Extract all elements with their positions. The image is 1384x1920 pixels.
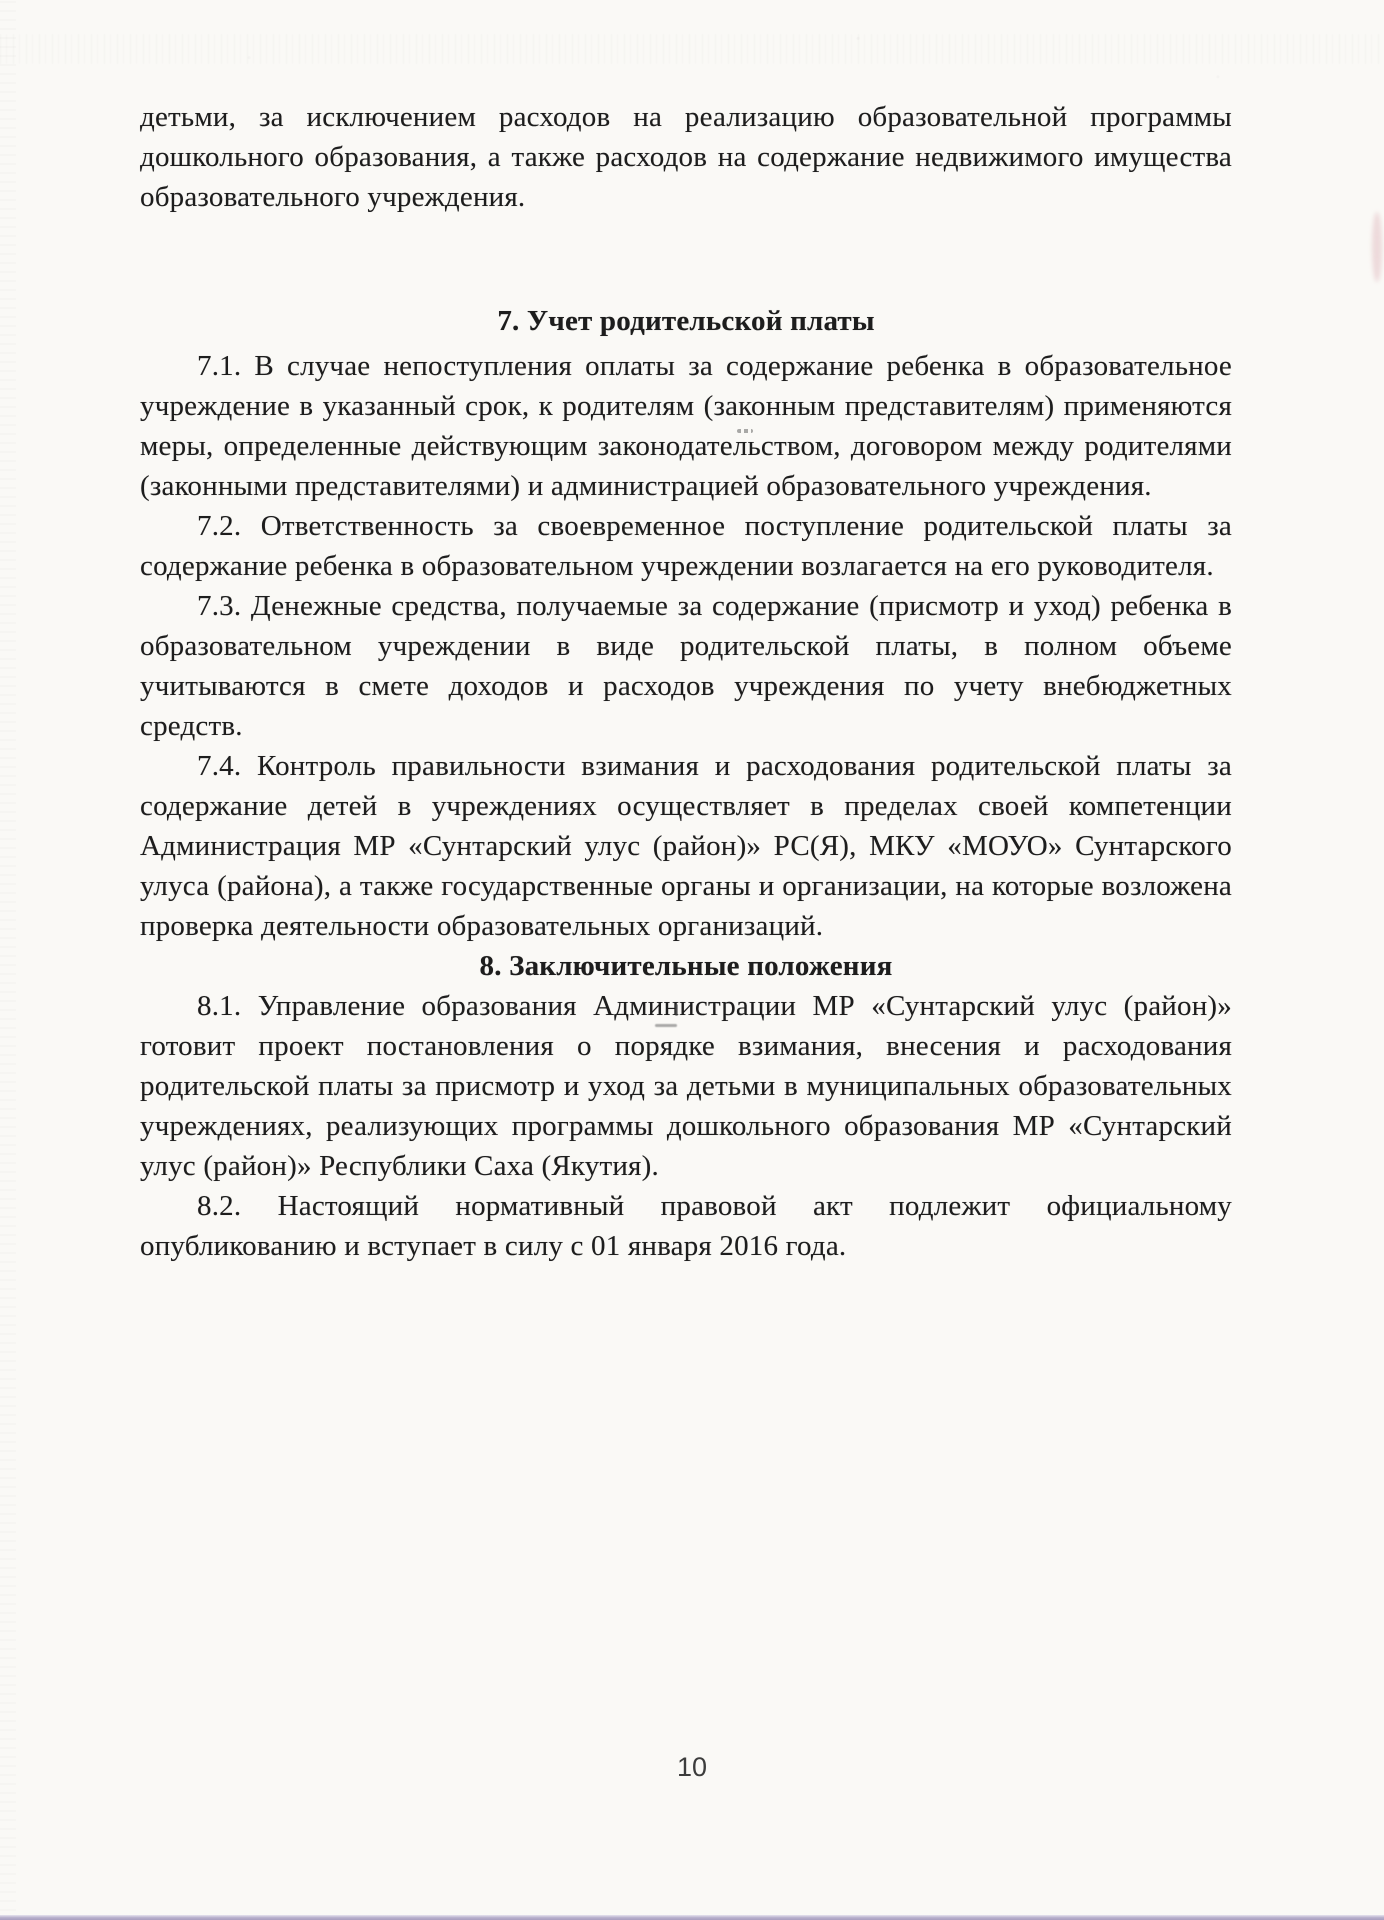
paragraph-8-2: 8.2. Настоящий нормативный правовой акт … <box>140 1186 1232 1266</box>
scanner-edge-strip <box>0 1915 1384 1920</box>
scan-noise-left-edge <box>0 0 16 1920</box>
scan-noise-band <box>0 34 1384 64</box>
paragraph-7-2: 7.2. Ответственность за своевременное по… <box>140 506 1232 586</box>
section-7-heading: 7. Учет родительской платы <box>140 301 1232 341</box>
paragraph-7-4: 7.4. Контроль правильности взимания и ра… <box>140 746 1232 946</box>
document-body: детьми, за исключением расходов на реали… <box>140 97 1232 1266</box>
scan-artifact-smudge <box>1372 212 1382 282</box>
paragraph-continuation: детьми, за исключением расходов на реали… <box>140 97 1232 217</box>
section-8-heading: 8. Заключительные положения <box>140 946 1232 986</box>
paragraph-7-1: 7.1. В случае непоступления оплаты за со… <box>140 346 1232 506</box>
paragraph-7-3: 7.3. Денежные средства, получаемые за со… <box>140 586 1232 746</box>
paragraph-8-1: 8.1. Управление образования Администраци… <box>140 986 1232 1186</box>
page-number: 10 <box>0 1752 1384 1783</box>
document-page: детьми, за исключением расходов на реали… <box>0 0 1384 1920</box>
